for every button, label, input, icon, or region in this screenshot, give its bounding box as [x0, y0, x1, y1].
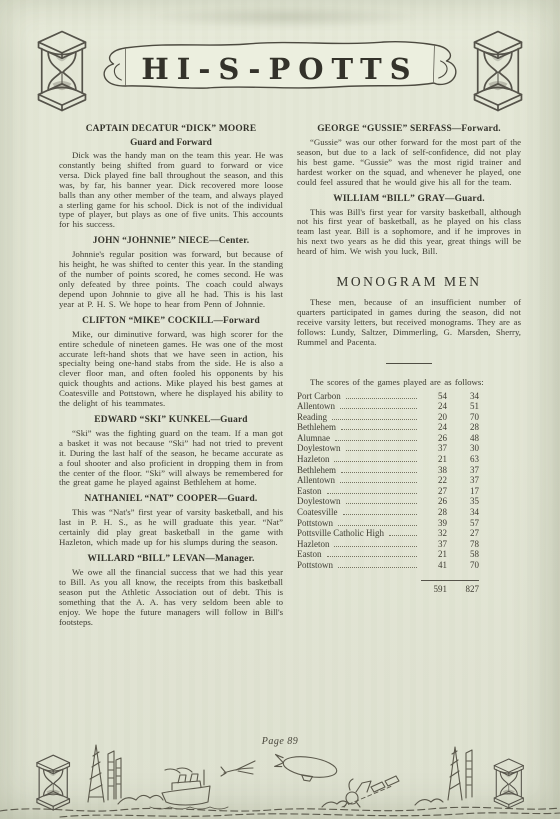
points-for: 38 — [421, 465, 447, 476]
hourglass-icon — [466, 28, 530, 114]
hourglass-icon — [494, 759, 523, 808]
points-against: 70 — [447, 560, 479, 571]
page-showthrough — [150, 6, 420, 28]
rocks — [118, 795, 163, 804]
points-for: 24 — [421, 422, 447, 433]
points-against: 58 — [447, 549, 479, 560]
dotted-leader — [346, 398, 417, 399]
points-for: 21 — [421, 454, 447, 465]
rocks — [415, 799, 443, 805]
points-against: 78 — [447, 539, 479, 550]
skyscraper-icon — [466, 750, 472, 798]
dotted-leader — [346, 503, 418, 504]
dotted-leader — [334, 461, 417, 462]
player-subheading: Guard and Forward — [59, 138, 283, 148]
dotted-leader — [338, 525, 417, 526]
player-heading: EDWARD “SKI” KUNKEL—Guard — [59, 415, 283, 426]
points-for: 37 — [421, 443, 447, 454]
page-title: HI-S-POTTS — [90, 52, 470, 86]
points-against: 27 — [447, 528, 479, 539]
player-paragraph: This was “Nat's” first year of varsity b… — [59, 508, 283, 548]
team-name: Reading — [297, 412, 327, 423]
radio-tower-icon — [88, 745, 104, 802]
points-against: 57 — [447, 518, 479, 529]
dotted-leader — [341, 472, 417, 473]
radio-tower-icon — [448, 747, 462, 800]
scores-header-row: P. Opp. — [59, 152, 560, 250]
yearbook-page: HI-S-POTTS CAPTAIN DECATUR “DICK” MOORE … — [0, 0, 560, 819]
points-for: 20 — [421, 412, 447, 423]
team-name: Pottstown — [297, 560, 333, 571]
skyscraper-icon — [108, 751, 121, 800]
points-for: 32 — [421, 528, 447, 539]
score-row: Pottstown 41 70 — [297, 560, 479, 571]
points-for: 41 — [421, 560, 447, 571]
footer-illustration — [0, 741, 560, 819]
score-row: Reading 20 70 — [297, 412, 479, 423]
dotted-leader — [338, 567, 417, 568]
points-against: 34 — [447, 391, 479, 402]
points-for: 26 — [421, 433, 447, 444]
score-row: Doylestown 26 35 — [297, 496, 479, 507]
dotted-leader — [332, 419, 417, 420]
team-name: Easton — [297, 486, 322, 497]
dotted-leader — [327, 493, 418, 494]
points-for: 54 — [421, 391, 447, 402]
page-header: HI-S-POTTS — [0, 26, 560, 124]
scores-table: P. Opp. Port Carbon 54 34 Alle — [297, 391, 521, 595]
points-for: 27 — [421, 486, 447, 497]
points-against: 48 — [447, 433, 479, 444]
section-divider — [386, 363, 432, 364]
article-columns: CAPTAIN DECATUR “DICK” MOORE Guard and F… — [59, 124, 521, 629]
total-points-against: 827 — [447, 580, 479, 595]
scores-total-row: 591 827 — [297, 580, 479, 595]
points-against: 17 — [447, 486, 479, 497]
points-against: 37 — [447, 475, 479, 486]
points-against: 30 — [447, 443, 479, 454]
score-row: Easton 27 17 — [297, 486, 479, 497]
player-heading: CAPTAIN DECATUR “DICK” MOORE — [59, 124, 283, 135]
dotted-leader — [346, 450, 418, 451]
airplane-icon — [221, 761, 255, 776]
scores-rows: Port Carbon 54 34 Allentown 24 51 — [297, 391, 479, 571]
player-paragraph: We owe all the financial success that we… — [59, 568, 283, 627]
team-name: Pottstown — [297, 518, 333, 529]
points-against: 34 — [447, 507, 479, 518]
score-row: Easton 21 58 — [297, 549, 479, 560]
points-for: 37 — [421, 539, 447, 550]
player-heading: NATHANIEL “NAT” COOPER—Guard. — [59, 494, 283, 505]
points-for: 39 — [421, 518, 447, 529]
score-row: Allentown 22 37 — [297, 475, 479, 486]
points-against: 70 — [447, 412, 479, 423]
team-name: Port Carbon — [297, 391, 341, 402]
team-name: Allentown — [297, 401, 335, 412]
team-name: Bethlehem — [297, 422, 336, 433]
points-against: 28 — [447, 422, 479, 433]
points-against: 63 — [447, 454, 479, 465]
scroll-banner: HI-S-POTTS — [90, 30, 470, 110]
score-row: Hazleton 37 78 — [297, 539, 479, 550]
points-for: 21 — [421, 549, 447, 560]
team-name: Bethlehem — [297, 465, 336, 476]
score-row: Allentown 24 51 — [297, 401, 479, 412]
player-section: NATHANIEL “NAT” COOPER—Guard. This was “… — [59, 494, 283, 548]
points-for: 28 — [421, 507, 447, 518]
scores-intro: The scores of the games played are as fo… — [297, 378, 521, 388]
hourglass-icon — [37, 755, 70, 810]
team-name: Coatesville — [297, 507, 338, 518]
dotted-leader — [343, 514, 418, 515]
score-row: Doylestown 37 30 — [297, 443, 479, 454]
team-name: Doylestown — [297, 443, 341, 454]
points-for: 26 — [421, 496, 447, 507]
points-for: 24 — [421, 401, 447, 412]
player-heading: CLIFTON “MIKE” COCKILL—Forward — [59, 316, 283, 327]
points-for: 22 — [421, 475, 447, 486]
score-row: Bethlehem 24 28 — [297, 422, 479, 433]
ground-lines — [0, 807, 560, 817]
team-name: Hazleton — [297, 539, 329, 550]
score-row: Coatesville 28 34 — [297, 507, 479, 518]
points-against: 35 — [447, 496, 479, 507]
points-against: 51 — [447, 401, 479, 412]
score-row: Alumnae 26 48 — [297, 433, 479, 444]
team-name: Hazleton — [297, 454, 329, 465]
dotted-leader — [341, 429, 417, 430]
monogram-heading: MONOGRAM MEN — [297, 274, 521, 289]
player-heading: WILLARD “BILL” LEVAN—Manager. — [59, 554, 283, 565]
player-section: WILLARD “BILL” LEVAN—Manager. We owe all… — [59, 554, 283, 627]
player-paragraph: Mike, our diminutive forward, was high s… — [59, 330, 283, 409]
player-paragraph: “Ski” was the fighting guard on the team… — [59, 429, 283, 488]
right-column: GEORGE “GUSSIE” SERFASS—Forward. “Gussie… — [297, 124, 521, 629]
player-section: EDWARD “SKI” KUNKEL—Guard “Ski” was the … — [59, 415, 283, 488]
team-name: Doylestown — [297, 496, 341, 507]
dotted-leader — [334, 546, 417, 547]
dotted-leader — [335, 440, 417, 441]
team-name: Allentown — [297, 475, 335, 486]
player-heading: GEORGE “GUSSIE” SERFASS—Forward. — [297, 124, 521, 135]
player-section: CLIFTON “MIKE” COCKILL—Forward Mike, our… — [59, 316, 283, 409]
train-icon — [342, 776, 399, 807]
score-row: Pottstown 39 57 — [297, 518, 479, 529]
dotted-leader — [327, 556, 418, 557]
points-against: 37 — [447, 465, 479, 476]
dotted-leader — [389, 535, 417, 536]
monogram-paragraph: These men, because of an insufficient nu… — [297, 298, 521, 348]
team-name: Easton — [297, 549, 322, 560]
score-row: Pottsville Catholic High 32 27 — [297, 528, 479, 539]
player-paragraph: Johnnie's regular position was forward, … — [59, 250, 283, 309]
team-name: Pottsville Catholic High — [297, 528, 384, 539]
score-row: Bethlehem 38 37 — [297, 465, 479, 476]
hourglass-icon — [30, 28, 94, 114]
score-row: Hazleton 21 63 — [297, 454, 479, 465]
page-footer: Page 89 — [0, 739, 560, 819]
team-name: Alumnae — [297, 433, 330, 444]
total-points-for: 591 — [421, 580, 447, 595]
blimp-icon — [272, 752, 338, 785]
ocean-liner-icon — [150, 768, 228, 809]
score-row: Port Carbon 54 34 — [297, 391, 479, 402]
dotted-leader — [340, 408, 417, 409]
dotted-leader — [340, 482, 417, 483]
